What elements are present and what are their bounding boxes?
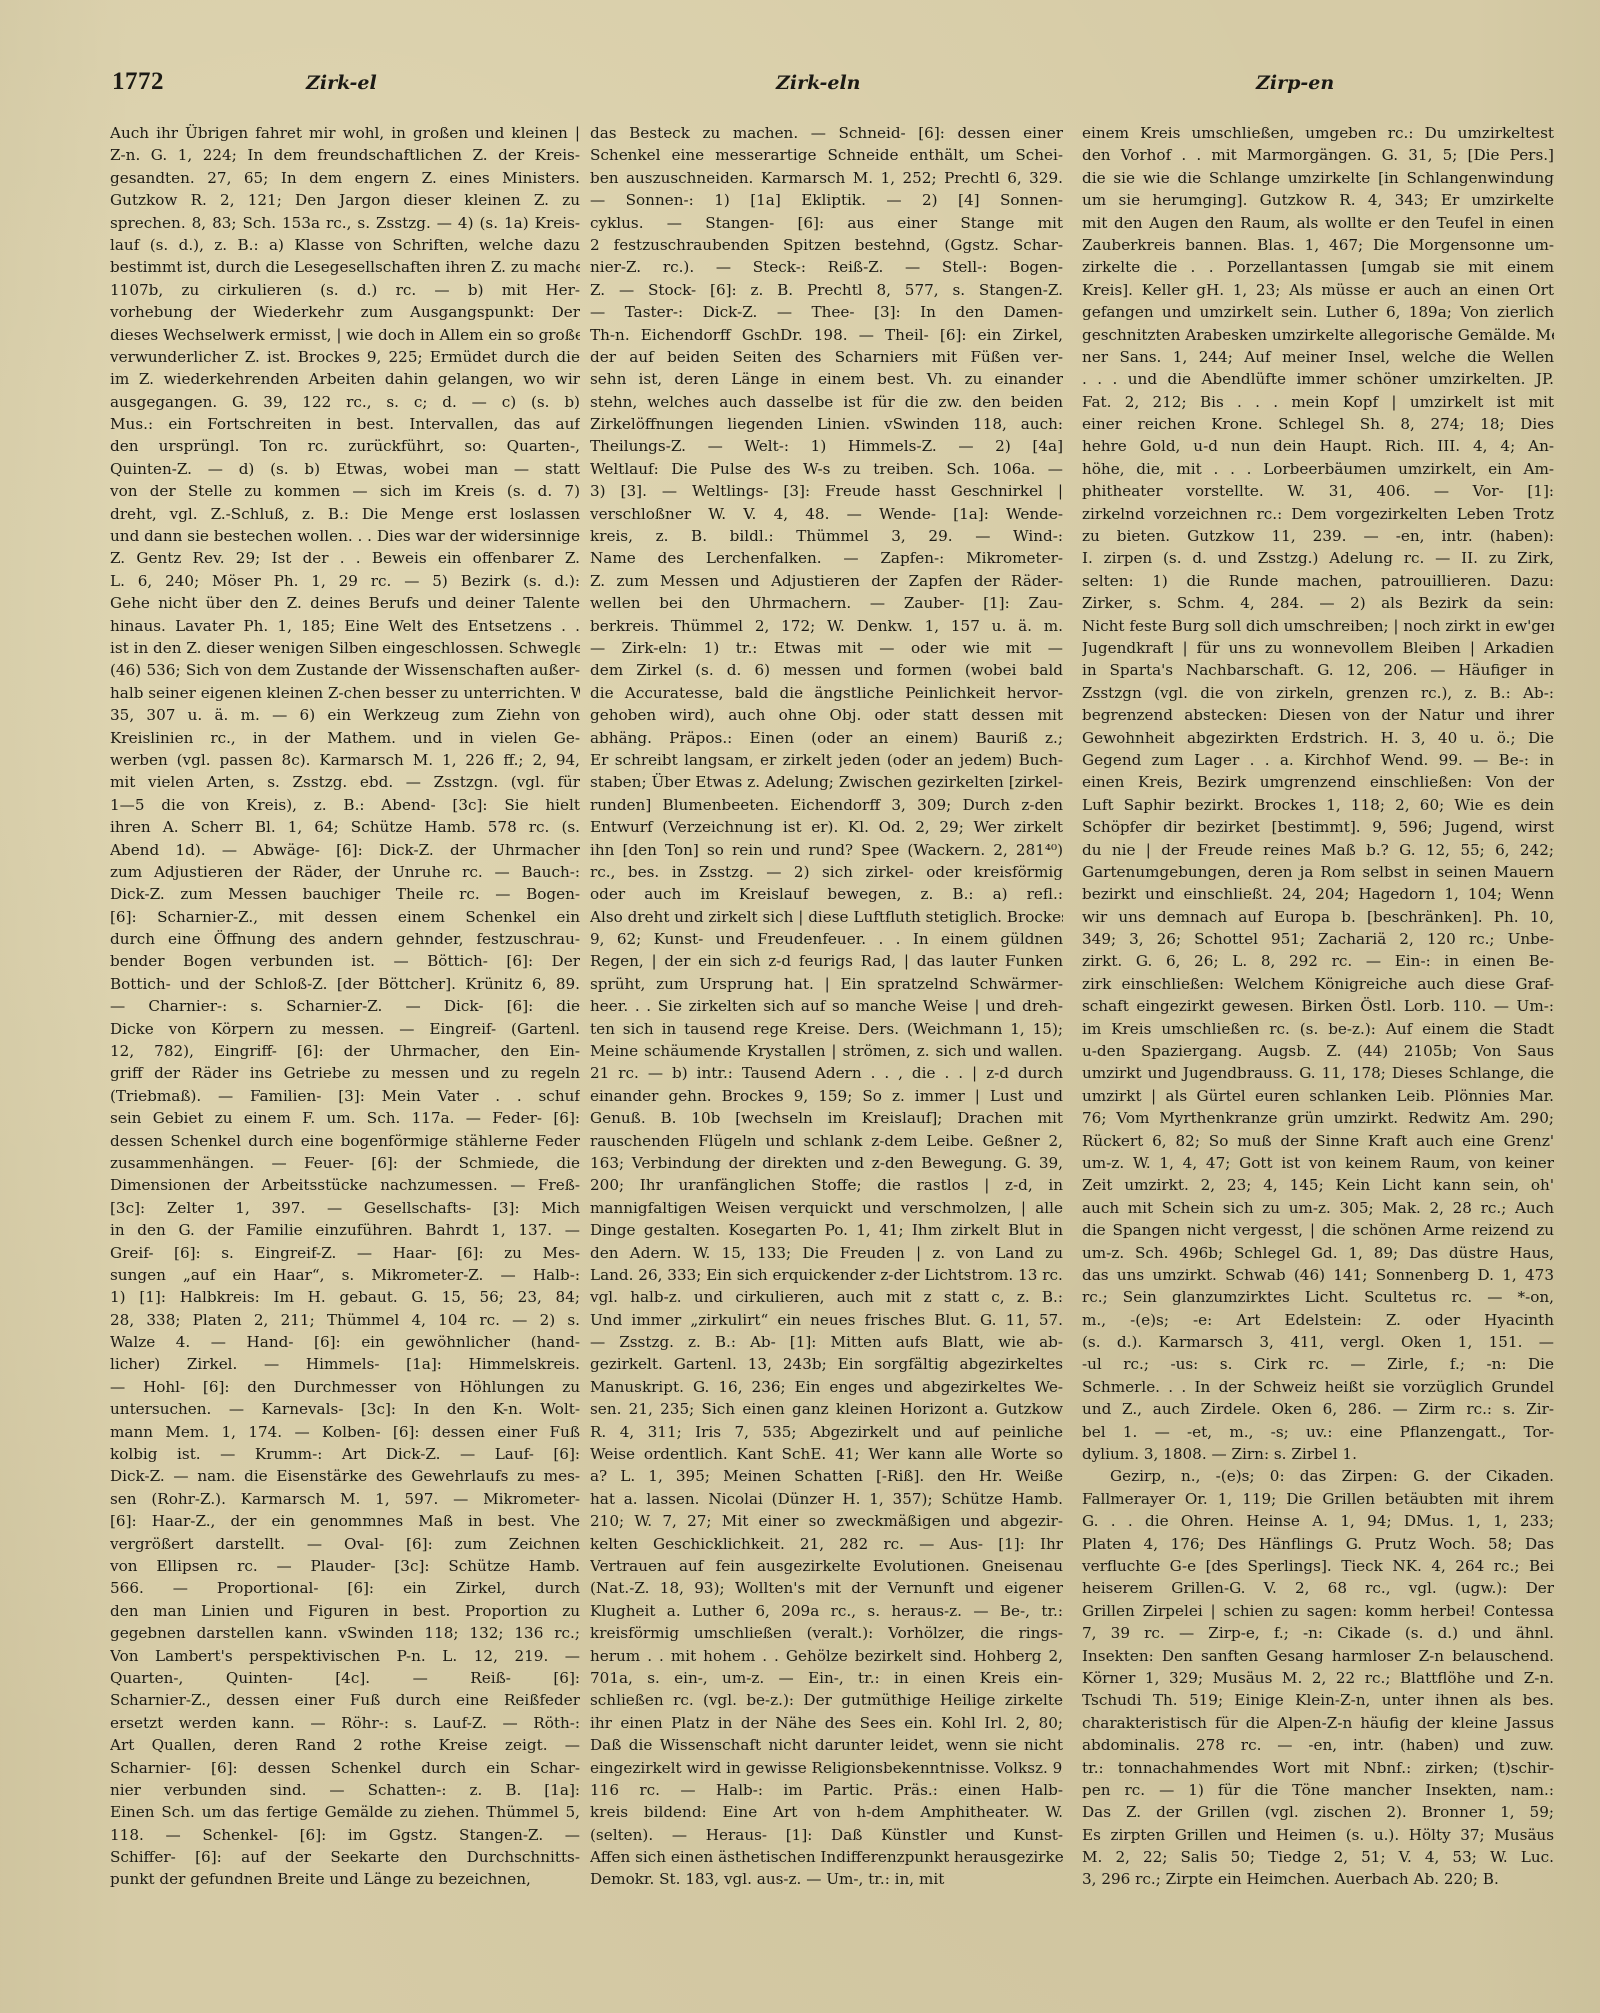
text-line: im Kreis umschließen rc. (s. be-z.): Auf… — [1082, 1018, 1554, 1040]
text-line: — Hohl- [6]: den Durchmesser von Höhlung… — [110, 1376, 580, 1398]
text-line: dieses Wechselwerk ermisst, | wie doch i… — [110, 324, 580, 346]
text-line: 12, 782), Eingriff- [6]: der Uhrmacher, … — [110, 1040, 580, 1062]
text-line: Regen, | der ein sich z-d feurigs Rad, |… — [590, 950, 1063, 972]
text-line: Name des Lerchenfalken. — Zapfen-: Mikro… — [590, 547, 1063, 569]
text-line: zirkelnd vorzeichnen rc.: Dem vorgezirke… — [1082, 503, 1554, 525]
text-line: halb seiner eigenen kleinen Z-chen besse… — [110, 682, 580, 704]
text-line: Es zirpten Grillen und Heimen (s. u.). H… — [1082, 1824, 1554, 1846]
text-line: verschloßner W. V. 4, 48. — Wende- [1a]:… — [590, 503, 1063, 525]
text-line: der auf beiden Seiten des Scharniers mit… — [590, 346, 1063, 368]
text-line: a? L. 1, 395; Meinen Schatten [-Riß]. de… — [590, 1465, 1063, 1487]
text-line: gehoben wird), auch ohne Obj. oder statt… — [590, 704, 1063, 726]
text-line: Weise ordentlich. Kant SchE. 41; Wer kan… — [590, 1443, 1063, 1465]
text-line: die Accuratesse, bald die ängstliche Pei… — [590, 682, 1063, 704]
text-line: werben (vgl. passen 8c). Karmarsch M. 1,… — [110, 749, 580, 771]
text-line: Also dreht und zirkelt sich | diese Luft… — [590, 906, 1063, 928]
text-line: 118. — Schenkel- [6]: im Ggstz. Stangen-… — [110, 1824, 580, 1846]
text-line: Zauberkreis bannen. Blas. 1, 467; Die Mo… — [1082, 234, 1554, 256]
text-line: herum . . mit hohem . . Gehölze bezirkel… — [590, 1645, 1063, 1667]
text-line: Jugendkraft | für uns zu wonnevollem Ble… — [1082, 637, 1554, 659]
text-line: mann Mem. 1, 174. — Kolben- [6]: dessen … — [110, 1421, 580, 1443]
text-line: den man Linien und Figuren in best. Prop… — [110, 1600, 580, 1622]
text-line: nier-Z. rc.). — Steck-: Reiß-Z. — Stell-… — [590, 256, 1063, 278]
text-line: Bottich- und der Schloß-Z. [der Böttcher… — [110, 973, 580, 995]
text-line: im Z. wiederkehrenden Arbeiten dahin gel… — [110, 368, 580, 390]
text-line: Greif- [6]: s. Eingreif-Z. — Haar- [6]: … — [110, 1242, 580, 1264]
text-line: Er schreibt langsam, er zirkelt jeden (o… — [590, 749, 1063, 771]
text-line: einen Kreis, Bezirk umgrenzend einschlie… — [1082, 771, 1554, 793]
text-line: Weltlauf: Die Pulse des W-s zu treiben. … — [590, 458, 1063, 480]
text-line: 116 rc. — Halb-: im Partic. Präs.: einen… — [590, 1779, 1063, 1801]
text-column-middle: das Besteck zu machen. — Schneid- [6]: d… — [590, 122, 1063, 1891]
text-line: cyklus. — Stangen- [6]: aus einer Stange… — [590, 212, 1063, 234]
text-line: wir uns demnach auf Europa b. [beschränk… — [1082, 906, 1554, 928]
text-line: Fallmerayer Or. 1, 119; Die Grillen betä… — [1082, 1488, 1554, 1510]
text-line: Affen sich einen ästhetischen Indifferen… — [590, 1846, 1063, 1868]
text-line: dylium. 3, 1808. — Zirn: s. Zirbel 1. — [1082, 1443, 1554, 1465]
text-line: rc., bes. in Zsstzg. — 2) sich zirkel- o… — [590, 861, 1063, 883]
text-line: Kreis]. Keller gH. 1, 23; Als müsse er a… — [1082, 279, 1554, 301]
text-line: Scharnier- [6]: dessen Schenkel durch ei… — [110, 1757, 580, 1779]
text-line: verfluchte G-e [des Sperlings]. Tieck NK… — [1082, 1555, 1554, 1577]
text-line: sprüht, zum Ursprung hat. | Ein spratzel… — [590, 973, 1063, 995]
text-line: 1) [1]: Halbkreis: Im H. gebaut. G. 15, … — [110, 1286, 580, 1308]
text-line: berkreis. Thümmel 2, 172; W. Denkw. 1, 1… — [590, 615, 1063, 637]
text-line: Art Quallen, deren Rand 2 rothe Kreise z… — [110, 1734, 580, 1756]
text-line: den ursprüngl. Ton rc. zurückführt, so: … — [110, 435, 580, 457]
text-line: — Zirk-eln: 1) tr.: Etwas mit — oder wie… — [590, 637, 1063, 659]
text-line: Fat. 2, 212; Bis . . . mein Kopf | umzir… — [1082, 391, 1554, 413]
text-line: sein Gebiet zu einem F. um. Sch. 117a. —… — [110, 1107, 580, 1129]
page-number: 1772 — [112, 68, 164, 96]
text-line: bestimmt ist, durch die Lesegesellschaft… — [110, 256, 580, 278]
text-line: Schöpfer dir bezirket [bestimmt]. 9, 596… — [1082, 816, 1554, 838]
text-line: die sie wie die Schlange umzirkelte [in … — [1082, 167, 1554, 189]
text-line: gegebnen darstellen kann. vSwinden 118; … — [110, 1622, 580, 1644]
text-line: Insekten: Den sanften Gesang harmloser Z… — [1082, 1645, 1554, 1667]
text-line: dem Zirkel (s. d. 6) messen und formen (… — [590, 659, 1063, 681]
text-line: Quarten-, Quinten- [4c]. — Reiß- [6]: — [110, 1667, 580, 1689]
text-line: Land. 26, 333; Ein sich erquickender z-d… — [590, 1264, 1063, 1286]
text-line: sen. 21, 235; Sich einen ganz kleinen Ho… — [590, 1398, 1063, 1420]
text-line: um-z. Sch. 496b; Schlegel Gd. 1, 89; Das… — [1082, 1242, 1554, 1264]
text-line: Genuß. B. 10b [wechseln im Kreislauf]; D… — [590, 1107, 1063, 1129]
text-line: Das Z. der Grillen (vgl. zischen 2). Bro… — [1082, 1801, 1554, 1823]
text-line: schaft eingezirkt gewesen. Birken Östl. … — [1082, 995, 1554, 1017]
text-line: sehn ist, deren Länge in einem best. Vh.… — [590, 368, 1063, 390]
text-line: selten: 1) die Runde machen, patrouillie… — [1082, 570, 1554, 592]
text-line: (s. d.). Karmarsch 3, 411, vergl. Oken 1… — [1082, 1331, 1554, 1353]
text-column-right: einem Kreis umschließen, umgeben rc.: Du… — [1082, 122, 1554, 1891]
text-line: dreht, vgl. Z.-Schluß, z. B.: Die Menge … — [110, 503, 580, 525]
text-line: das Besteck zu machen. — Schneid- [6]: d… — [590, 122, 1063, 144]
text-line: kreis bildend: Eine Art von h-dem Amphit… — [590, 1801, 1063, 1823]
text-line: . . . und die Abendlüfte immer schöner u… — [1082, 368, 1554, 390]
running-head-left: Zirk-el — [306, 72, 377, 94]
text-line: zum Adjustieren der Räder, der Unruhe rc… — [110, 861, 580, 883]
text-line: von Ellipsen rc. — Plauder- [3c]: Schütz… — [110, 1555, 580, 1577]
text-line: vergrößert darstellt. — Oval- [6]: zum Z… — [110, 1533, 580, 1555]
text-line: 163; Verbindung der direkten und z-den B… — [590, 1152, 1063, 1174]
text-line: Dimensionen der Arbeitsstücke nachzumess… — [110, 1174, 580, 1196]
text-line: Z. zum Messen und Adjustieren der Zapfen… — [590, 570, 1063, 592]
text-line: umzirkt | als Gürtel euren schlanken Lei… — [1082, 1085, 1554, 1107]
text-line: staben; Über Etwas z. Adelung; Zwischen … — [590, 771, 1063, 793]
text-line: 210; W. 7, 27; Mit einer so zweckmäßigen… — [590, 1510, 1063, 1532]
text-line: bender Bogen verbunden ist. — Böttich- [… — [110, 950, 580, 972]
text-line: Grillen Zirpelei | schien zu sagen: komm… — [1082, 1600, 1554, 1622]
text-line: ben auszuschneiden. Karmarsch M. 1, 252;… — [590, 167, 1063, 189]
text-line: hehre Gold, u-d nun dein Haupt. Rich. II… — [1082, 435, 1554, 457]
text-line: 28, 338; Platen 2, 211; Thümmel 4, 104 r… — [110, 1309, 580, 1331]
text-line: und Z., auch Zirdele. Oken 6, 286. — Zir… — [1082, 1398, 1554, 1420]
text-line: ausgegangen. G. 39, 122 rc., s. c; d. — … — [110, 391, 580, 413]
text-line: Rückert 6, 82; So muß der Sinne Kraft au… — [1082, 1130, 1554, 1152]
text-line: Klugheit a. Luther 6, 209a rc., s. herau… — [590, 1600, 1063, 1622]
text-line: ten sich in tausend rege Kreise. Ders. (… — [590, 1018, 1063, 1040]
text-line: Manuskript. G. 16, 236; Ein enges und ab… — [590, 1376, 1063, 1398]
text-line: m., -(e)s; -e: Art Edelstein: Z. oder Hy… — [1082, 1309, 1554, 1331]
text-line: hinaus. Lavater Ph. 1, 185; Eine Welt de… — [110, 615, 580, 637]
text-line: durch eine Öffnung des andern gehnder, f… — [110, 928, 580, 950]
text-line: kreisförmig umschließen (veralt.): Vorhö… — [590, 1622, 1063, 1644]
text-line: Gutzkow R. 2, 121; Den Jargon dieser kle… — [110, 189, 580, 211]
text-line: Theilungs-Z. — Welt-: 1) Himmels-Z. — 2)… — [590, 435, 1063, 457]
text-line: sen (Rohr-Z.). Karmarsch M. 1, 597. — Mi… — [110, 1488, 580, 1510]
text-line: eingezirkelt wird in gewisse Religionsbe… — [590, 1757, 1063, 1779]
text-line: Auch ihr Übrigen fahret mir wohl, in gro… — [110, 122, 580, 144]
text-line: den Vorhof . . mit Marmorgängen. G. 31, … — [1082, 144, 1554, 166]
text-line: Körner 1, 329; Musäus M. 2, 22 rc.; Blat… — [1082, 1667, 1554, 1689]
text-line: Vertrauen auf fein ausgezirkelte Evoluti… — [590, 1555, 1063, 1577]
text-line: vorhebung der Wiederkehr zum Ausgangspun… — [110, 301, 580, 323]
text-line: 76; Vom Myrthenkranze grün umzirkt. Redw… — [1082, 1107, 1554, 1129]
text-line: Zeit umzirkt. 2, 23; 4, 145; Kein Licht … — [1082, 1174, 1554, 1196]
text-line: gezirkelt. Gartenl. 13, 243b; Ein sorgfä… — [590, 1353, 1063, 1375]
text-line: Und immer „zirkulirt“ ein neues frisches… — [590, 1309, 1063, 1331]
text-line: Nicht feste Burg soll dich umschreiben; … — [1082, 615, 1554, 637]
text-line: einer reichen Krone. Schlegel Sh. 8, 274… — [1082, 413, 1554, 435]
text-line: 35, 307 u. ä. m. — 6) ein Werkzeug zum Z… — [110, 704, 580, 726]
text-line: bel 1. — -et, m., -s; uv.: eine Pflanzen… — [1082, 1421, 1554, 1443]
text-line: Entwurf (Verzeichnung ist er). Kl. Od. 2… — [590, 816, 1063, 838]
text-line: Dick-Z. zum Messen bauchiger Theile rc. … — [110, 883, 580, 905]
text-line: umzirkt und Jugendbrauss. G. 11, 178; Di… — [1082, 1062, 1554, 1084]
text-line: Mus.: ein Fortschreiten in best. Interva… — [110, 413, 580, 435]
text-line: licher) Zirkel. — Himmels- [1a]: Himmels… — [110, 1353, 580, 1375]
text-line: den Adern. W. 15, 133; Die Freuden | z. … — [590, 1242, 1063, 1264]
text-line: Dick-Z. — nam. die Eisenstärke des Geweh… — [110, 1465, 580, 1487]
text-line: phitheater vorstellte. W. 31, 406. — Vor… — [1082, 480, 1554, 502]
text-line: — Taster-: Dick-Z. — Thee- [3]: In den D… — [590, 301, 1063, 323]
text-line: Meine schäumende Krystallen | strömen, z… — [590, 1040, 1063, 1062]
text-line: bezirkt und einschließt. 24, 204; Hagedo… — [1082, 883, 1554, 905]
text-line: (Triebmaß). — Familien- [3]: Mein Vater … — [110, 1085, 580, 1107]
text-line: runden] Blumenbeeten. Eichendorff 3, 309… — [590, 794, 1063, 816]
text-line: ihren A. Scherr Bl. 1, 64; Schütze Hamb.… — [110, 816, 580, 838]
text-line: zirkelte die . . Porzellantassen [umgab … — [1082, 256, 1554, 278]
text-line: 3, 296 rc.; Zirpte ein Heimchen. Auerbac… — [1082, 1868, 1554, 1890]
text-line: hat a. lassen. Nicolai (Dünzer H. 1, 357… — [590, 1488, 1063, 1510]
text-line: mit den Augen den Raum, als wollte er de… — [1082, 212, 1554, 234]
text-line: Tschudi Th. 519; Einige Klein-Z-n, unter… — [1082, 1689, 1554, 1711]
text-line: u-den Spaziergang. Augsb. Z. (44) 2105b;… — [1082, 1040, 1554, 1062]
text-line: 21 rc. — b) intr.: Tausend Adern . . , d… — [590, 1062, 1063, 1084]
text-line: einander gehn. Brockes 9, 159; So z. imm… — [590, 1085, 1063, 1107]
text-line: kolbig ist. — Krumm-: Art Dick-Z. — Lauf… — [110, 1443, 580, 1465]
text-line: die Spangen nicht vergesst, | die schöne… — [1082, 1219, 1554, 1241]
text-line: Scharnier-Z., dessen einer Fuß durch ein… — [110, 1689, 580, 1711]
text-line: Dinge gestalten. Kosegarten Po. 1, 41; I… — [590, 1219, 1063, 1241]
text-line: begrenzend abstecken: Diesen von der Nat… — [1082, 704, 1554, 726]
text-line: Von Lambert's perspektivischen P-n. L. 1… — [110, 1645, 580, 1667]
text-line: mit vielen Arten, s. Zsstzg. ebd. — Zsst… — [110, 771, 580, 793]
text-line: mannigfaltigen Weisen verquickt und vers… — [590, 1197, 1063, 1219]
text-line: Gegend zum Lager . . a. Kirchhof Wend. 9… — [1082, 749, 1554, 771]
text-line: untersuchen. — Karnevals- [3c]: In den K… — [110, 1398, 580, 1420]
text-line: Th-n. Eichendorff GschDr. 198. — Theil- … — [590, 324, 1063, 346]
text-line: ihr einen Platz in der Nähe des Sees ein… — [590, 1712, 1063, 1734]
text-line: 200; Ihr uranfänglichen Stoffe; die rast… — [590, 1174, 1063, 1196]
text-line: zu bieten. Gutzkow 11, 239. — -en, intr.… — [1082, 525, 1554, 547]
text-line: Walze 4. — Hand- [6]: ein gewöhnlicher (… — [110, 1331, 580, 1353]
text-line: Zirkelöffnungen liegenden Linien. vSwind… — [590, 413, 1063, 435]
text-line: Abend 1d). — Abwäge- [6]: Dick-Z. der Uh… — [110, 839, 580, 861]
text-line: charakteristisch für die Alpen-Z-n häufi… — [1082, 1712, 1554, 1734]
text-line: Quinten-Z. — d) (s. b) Etwas, wobei man … — [110, 458, 580, 480]
text-line: kreis, z. B. bildl.: Thümmel 3, 29. — Wi… — [590, 525, 1063, 547]
text-line: schließen rc. (vgl. be-z.): Der gutmüthi… — [590, 1689, 1063, 1711]
running-head-center: Zirk-eln — [776, 72, 861, 94]
text-line: Luft Saphir bezirkt. Brockes 1, 118; 2, … — [1082, 794, 1554, 816]
text-line: R. 4, 311; Iris 7, 535; Abgezirkelt und … — [590, 1421, 1063, 1443]
text-line: zusammenhängen. — Feuer- [6]: der Schmie… — [110, 1152, 580, 1174]
text-line: G. . . die Ohren. Heinse A. 1, 94; DMus.… — [1082, 1510, 1554, 1532]
text-line: zirkt. G. 6, 26; L. 8, 292 rc. — Ein-: i… — [1082, 950, 1554, 972]
text-line: 9, 62; Kunst- und Freudenfeuer. . . In e… — [590, 928, 1063, 950]
text-line: Schmerle. . . In der Schweiz heißt sie v… — [1082, 1376, 1554, 1398]
text-line: oder auch im Kreislauf bewegen, z. B.: a… — [590, 883, 1063, 905]
text-line: Gezirp, n., -(e)s; 0: das Zirpen: G. der… — [1082, 1465, 1554, 1487]
text-line: — Zsstzg. z. B.: Ab- [1]: Mitten aufs Bl… — [590, 1331, 1063, 1353]
text-line: Gewohnheit abgezirkten Erdstrich. H. 3, … — [1082, 727, 1554, 749]
text-line: pen rc. — 1) für die Töne mancher Insekt… — [1082, 1779, 1554, 1801]
text-line: (selten). — Heraus- [1]: Daß Künstler un… — [590, 1824, 1063, 1846]
text-line: L. 6, 240; Möser Ph. 1, 29 rc. — 5) Bezi… — [110, 570, 580, 592]
text-line: um sie herumging]. Gutzkow R. 4, 343; Er… — [1082, 189, 1554, 211]
text-line: zirk einschließen: Welchem Königreiche a… — [1082, 973, 1554, 995]
text-column-left: Auch ihr Übrigen fahret mir wohl, in gro… — [110, 122, 580, 1891]
text-line: Z. Gentz Rev. 29; Ist der . . Beweis ein… — [110, 547, 580, 569]
text-line: gefangen und umzirkelt sein. Luther 6, 1… — [1082, 301, 1554, 323]
text-line: und dann sie bestechen wollen. . . Dies … — [110, 525, 580, 547]
text-line: stehn, welches auch dasselbe ist für die… — [590, 391, 1063, 413]
text-line: 701a, s. ein-, um-z. — Ein-, tr.: in ein… — [590, 1667, 1063, 1689]
text-line: Zsstzgn (vgl. die von zirkeln, grenzen r… — [1082, 682, 1554, 704]
text-line: 566. — Proportional- [6]: ein Zirkel, du… — [110, 1577, 580, 1599]
text-line: sprechen. 8, 83; Sch. 153a rc., s. Zsstz… — [110, 212, 580, 234]
text-line: das uns umzirkt. Schwab (46) 141; Sonnen… — [1082, 1264, 1554, 1286]
text-line: heer. . . Sie zirkelten sich auf so manc… — [590, 995, 1063, 1017]
text-line: 7, 39 rc. — Zirp-e, f.; -n: Cikade (s. d… — [1082, 1622, 1554, 1644]
text-line: um-z. W. 1, 4, 47; Gott ist von keinem R… — [1082, 1152, 1554, 1174]
text-line: Demokr. St. 183, vgl. aus-z. — Um-, tr.:… — [590, 1868, 1063, 1890]
text-line: rauschenden Flügeln und schlank z-dem Le… — [590, 1130, 1063, 1152]
text-line: in Sparta's Nachbarschaft. G. 12, 206. —… — [1082, 659, 1554, 681]
text-line: M. 2, 22; Salis 50; Tiedge 2, 51; V. 4, … — [1082, 1846, 1554, 1868]
text-line: Einen Sch. um das fertige Gemälde zu zie… — [110, 1801, 580, 1823]
text-line: Gartenumgebungen, deren ja Rom selbst in… — [1082, 861, 1554, 883]
text-line: Schiffer- [6]: auf der Seekarte den Durc… — [110, 1846, 580, 1868]
text-line: [6]: Haar-Z., der ein genommnes Maß in b… — [110, 1510, 580, 1532]
text-line: abhäng. Präpos.: Einen (oder an einem) B… — [590, 727, 1063, 749]
text-line: tr.: tonnachahmendes Wort mit Nbnf.: zir… — [1082, 1757, 1554, 1779]
text-line: (46) 536; Sich von dem Zustande der Wiss… — [110, 659, 580, 681]
text-line: vgl. halb-z. und cirkulieren, auch mit z… — [590, 1286, 1063, 1308]
text-line: kelten Geschicklichkeit. 21, 282 rc. — A… — [590, 1533, 1063, 1555]
text-line: abdominalis. 278 rc. — -en, intr. (haben… — [1082, 1734, 1554, 1756]
running-head-right: Zirp-en — [1256, 72, 1334, 94]
text-line: lauf (s. d.), z. B.: a) Klasse von Schri… — [110, 234, 580, 256]
text-line: sungen „auf ein Haar“, s. Mikrometer-Z. … — [110, 1264, 580, 1286]
text-line: verwunderlicher Z. ist. Brockes 9, 225; … — [110, 346, 580, 368]
text-line: ersetzt werden kann. — Röhr-: s. Lauf-Z.… — [110, 1712, 580, 1734]
text-line: gesandten. 27, 65; In dem engern Z. eine… — [110, 167, 580, 189]
text-line: von der Stelle zu kommen — sich im Kreis… — [110, 480, 580, 502]
text-line: auch mit Schein sich zu um-z. 305; Mak. … — [1082, 1197, 1554, 1219]
text-line: I. zirpen (s. d. und Zsstzg.) Adelung rc… — [1082, 547, 1554, 569]
text-line: Kreislinien rc., in der Mathem. und in v… — [110, 727, 580, 749]
text-line: rc.; Sein glanzumzirktes Licht. Scultetu… — [1082, 1286, 1554, 1308]
text-line: 3) [3]. — Weltlings- [3]: Freude hasst G… — [590, 480, 1063, 502]
text-line: Platen 4, 176; Des Hänflings G. Prutz Wo… — [1082, 1533, 1554, 1555]
text-line: 349; 3, 26; Schottel 951; Zachariä 2, 12… — [1082, 928, 1554, 950]
text-line: Gehe nicht über den Z. deines Berufs und… — [110, 592, 580, 614]
text-line: Schenkel eine messerartige Schneide enth… — [590, 144, 1063, 166]
text-line: nier verbunden sind. — Schatten-: z. B. … — [110, 1779, 580, 1801]
text-line: — Sonnen-: 1) [1a] Ekliptik. — 2) [4] So… — [590, 189, 1063, 211]
text-line: [6]: Scharnier-Z., mit dessen einem Sche… — [110, 906, 580, 928]
text-line: ist in den Z. dieser wenigen Silben eing… — [110, 637, 580, 659]
text-line: Daß die Wissenschaft nicht darunter leid… — [590, 1734, 1063, 1756]
text-line: ner Sans. 1, 244; Auf meiner Insel, welc… — [1082, 346, 1554, 368]
text-line: ihn [den Ton] so rein und rund? Spee (Wa… — [590, 839, 1063, 861]
text-line: (Nat.-Z. 18, 93); Wollten's mit der Vern… — [590, 1577, 1063, 1599]
text-line: — Charnier-: s. Scharnier-Z. — Dick- [6]… — [110, 995, 580, 1017]
text-line: 2 festzuschraubenden Spitzen bestehnd, (… — [590, 234, 1063, 256]
page-header: 1772 Zirk-el Zirk-eln Zirp-en — [0, 68, 1600, 108]
text-line: 1—5 die von Kreis), z. B.: Abend- [3c]: … — [110, 794, 580, 816]
text-line: wellen bei den Uhrmachern. — Zauber- [1]… — [590, 592, 1063, 614]
text-line: in den G. der Familie einzuführen. Bahrd… — [110, 1219, 580, 1241]
text-line: punkt der gefundnen Breite und Länge zu … — [110, 1868, 580, 1890]
text-line: du nie | der Freude reines Maß b.? G. 12… — [1082, 839, 1554, 861]
text-line: Z-n. G. 1, 224; In dem freundschaftliche… — [110, 144, 580, 166]
text-line: -ul rc.; -us: s. Cirk rc. — Zirle, f.; -… — [1082, 1353, 1554, 1375]
text-line: Zirker, s. Schm. 4, 284. — 2) als Bezirk… — [1082, 592, 1554, 614]
text-line: Z. — Stock- [6]: z. B. Prechtl 8, 577, s… — [590, 279, 1063, 301]
text-line: 1107b, zu cirkulieren (s. d.) rc. — b) m… — [110, 279, 580, 301]
text-line: [3c]: Zelter 1, 397. — Gesellschafts- [3… — [110, 1197, 580, 1219]
text-line: heiserem Grillen-G. V. 2, 68 rc., vgl. (… — [1082, 1577, 1554, 1599]
text-line: geschnitzten Arabesken umzirkelte allego… — [1082, 324, 1554, 346]
text-line: Dicke von Körpern zu messen. — Eingreif-… — [110, 1018, 580, 1040]
text-line: dessen Schenkel durch eine bogenförmige … — [110, 1130, 580, 1152]
text-line: einem Kreis umschließen, umgeben rc.: Du… — [1082, 122, 1554, 144]
text-line: griff der Räder ins Getriebe zu messen u… — [110, 1062, 580, 1084]
text-line: höhe, die, mit . . . Lorbeerbäumen umzir… — [1082, 458, 1554, 480]
